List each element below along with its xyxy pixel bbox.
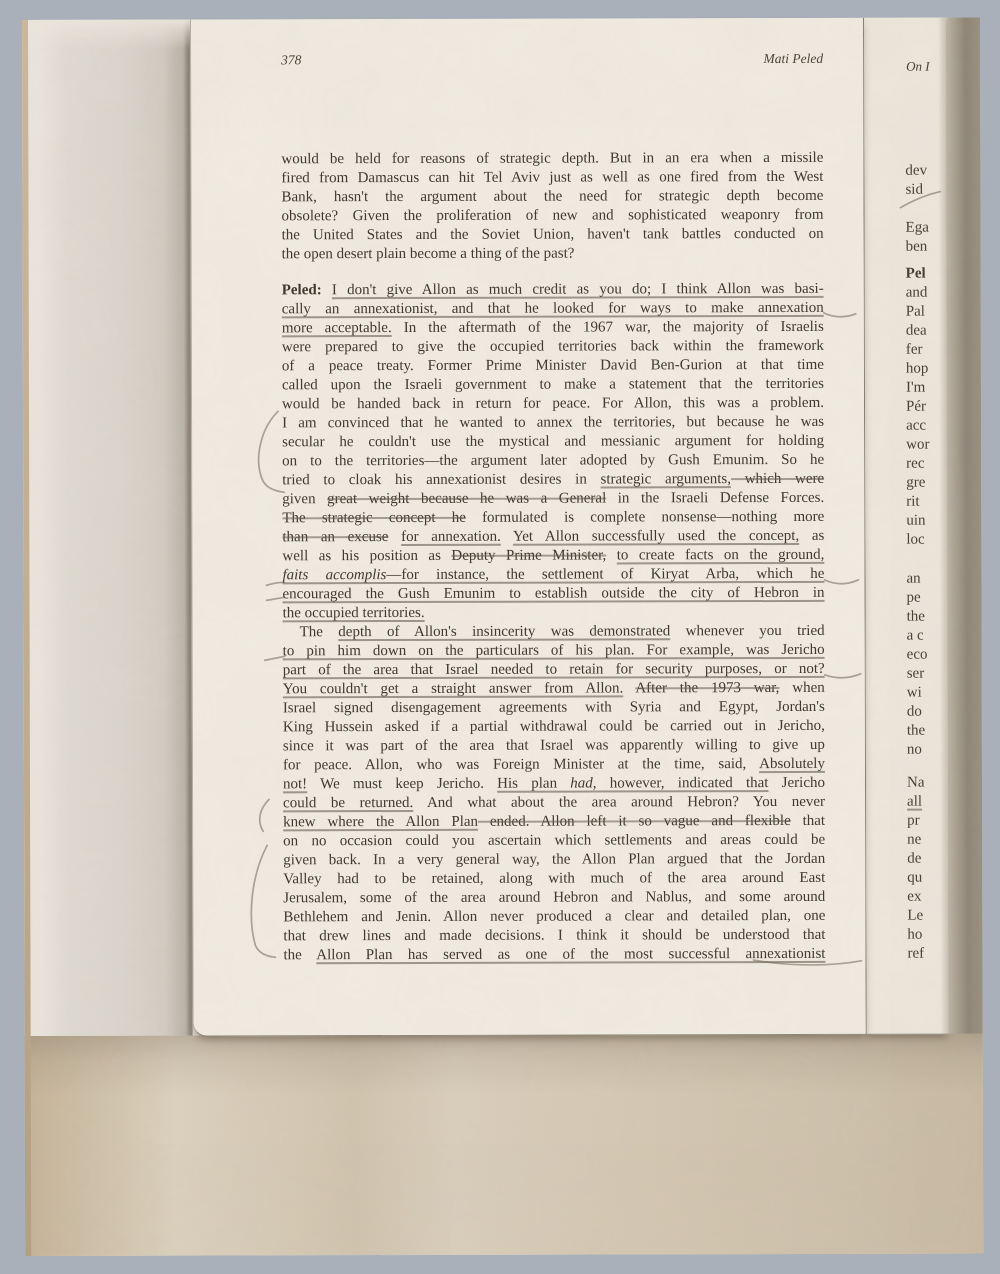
text-segment (501, 529, 513, 545)
text-line: would be held for reasons of strategic d… (281, 149, 823, 169)
facing-page-strip: On I devsidEgabenPelandPaldeaferhopI'mPé… (862, 18, 949, 1035)
text-segment: faits accomplis (282, 567, 386, 583)
text-segment: Jericho (768, 775, 825, 791)
text-segment: King Hussein asked if a partial withdraw… (283, 718, 825, 735)
text-segment: strategic arguments, (600, 471, 731, 487)
text-line: were prepared to give the occupied terri… (282, 337, 824, 357)
text-segment: on no occasion could you ascertain which… (283, 832, 825, 849)
text-segment: Deputy Prime Minister, (451, 547, 606, 563)
text-segment: His plan (497, 776, 570, 792)
text-line: King Hussein asked if a partial withdraw… (283, 717, 825, 737)
text-segment: knew where the Allon Plan (283, 814, 478, 831)
text-line: would be handed back in return for peace… (282, 394, 824, 414)
text-segment: for peace. Allon, who was Foreign Minist… (283, 756, 759, 773)
text-segment: which were (731, 471, 824, 487)
text-line: fired from Damascus can hit Tel Aviv jus… (281, 168, 823, 188)
text-segment (623, 680, 635, 696)
text-segment: for annexation. (401, 529, 501, 545)
text-segment: great weight because he was a General (327, 490, 606, 507)
text-line: given back. In a very general way, the A… (283, 850, 825, 870)
text-segment: not! (283, 776, 307, 792)
gutter-shadow (938, 17, 983, 1033)
text-line: more acceptable. In the aftermath of the… (282, 318, 824, 338)
text-segment: depth of Allon's insincerity was demonst… (338, 623, 670, 640)
text-segment: Valley had to be retained, along with mu… (283, 870, 825, 887)
interviewer-question: would be held for reasons of strategic d… (281, 149, 823, 264)
text-line: the United States and the Soviet Union, … (282, 225, 824, 245)
text-segment: than an excuse (282, 529, 388, 545)
page-body: would be held for reasons of strategic d… (281, 149, 825, 965)
text-segment: of a peace treaty. Former Prime Minister… (282, 357, 824, 374)
text-segment: called upon the Israeli government to ma… (282, 376, 824, 393)
text-line: well as his position as Deputy Prime Min… (282, 546, 824, 566)
text-line: secular he couldn't use the mystical and… (282, 432, 824, 452)
text-segment: obsolete? Given the proliferation of new… (281, 207, 823, 224)
text-segment: fired from Damascus can hit Tel Aviv jus… (281, 169, 823, 186)
text-line: encouraged the Gush Emunim to establish … (282, 584, 824, 604)
text-segment: part of the area that Israel needed to r… (283, 661, 825, 678)
text-segment: Bethlehem and Jenin. Allon never produce… (283, 908, 825, 925)
text-line: I am convinced that he wanted to annex t… (282, 413, 824, 433)
text-segment: in the Israeli Defense Forces. (606, 490, 824, 507)
text-line: cally an annexationist, and that he look… (282, 299, 824, 319)
text-line: tried to cloak his annexationist desires… (282, 470, 824, 490)
scanner-margin-shadow (22, 20, 193, 1036)
text-segment: the United States and the Soviet Union, … (282, 226, 824, 243)
text-segment (388, 529, 401, 545)
text-segment: The strategic concept he (282, 510, 466, 526)
text-segment: the occupied territories. (283, 605, 425, 621)
text-segment: that (791, 813, 825, 829)
text-line: not! We must keep Jericho. His plan had,… (283, 774, 825, 794)
text-line: The strategic concept he formulated is c… (282, 508, 824, 528)
text-segment: since it was part of the area that Israe… (283, 737, 825, 754)
text-segment: given back. In a very general way, the A… (283, 851, 825, 868)
text-segment: tried to cloak his annexationist desires… (282, 471, 600, 488)
text-segment: formulated is complete nonsense—nothing … (466, 509, 824, 526)
text-line: You couldn't get a straight answer from … (283, 679, 825, 699)
text-segment: You couldn't get a straight answer from … (283, 680, 624, 697)
text-segment: After the 1973 war, (635, 680, 779, 696)
text-segment: well as his position as (282, 548, 451, 564)
text-segment: to pin him down on the particulars of hi… (283, 642, 825, 659)
text-segment: Jerusalem, some of the area around Hebro… (283, 889, 825, 906)
page-header: 378 Mati Peled (281, 51, 823, 68)
text-line: Israel signed disengagement agreements w… (283, 698, 825, 718)
text-segment: could be returned. (283, 795, 413, 811)
text-line: part of the area that Israel needed to r… (283, 660, 825, 680)
text-line: obsolete? Given the proliferation of new… (281, 206, 823, 226)
text-line: on no occasion could you ascertain which… (283, 831, 825, 851)
text-line: Jerusalem, some of the area around Hebro… (283, 888, 825, 908)
text-segment: encouraged the Gush Emunim to establish … (282, 585, 824, 602)
text-line: of a peace treaty. Former Prime Minister… (282, 356, 824, 376)
photocopy-blank-area (25, 1033, 984, 1256)
text-segment: In the aftermath of the 1967 war, the ma… (392, 319, 824, 336)
text-line: for peace. Allon, who was Foreign Minist… (283, 755, 825, 775)
text-line: knew where the Allon Plan ended. Allon l… (283, 812, 825, 832)
speaker-label: Peled: (282, 282, 322, 298)
text-line: could be returned. And what about the ar… (283, 793, 825, 813)
book-page: 378 Mati Peled would be held for reasons… (190, 18, 867, 1037)
text-line: since it was part of the area that Israe… (283, 736, 825, 756)
peled-answer-continued: The depth of Allon's insincerity was dem… (283, 622, 826, 965)
text-segment: would be handed back in return for peace… (282, 395, 824, 412)
text-line: Valley had to be retained, along with mu… (283, 869, 825, 889)
text-segment: Absolutely (759, 756, 825, 772)
text-line: the Allon Plan has served as one of the … (283, 945, 825, 965)
text-segment: whenever you tried (670, 623, 824, 639)
text-segment: given (282, 491, 327, 507)
peled-answer: Peled: I don't give Allon as much credit… (282, 280, 825, 623)
text-segment: cally an annexationist, and that he look… (282, 300, 824, 317)
text-segment: Allon Plan has served as one of the most… (316, 946, 825, 963)
text-line: Peled: I don't give Allon as much credit… (282, 280, 824, 300)
text-line: that drew lines and made decisions. I th… (283, 926, 825, 946)
text-segment: more acceptable. (282, 320, 392, 336)
text-segment: The (300, 624, 339, 640)
text-segment: to create facts on the ground, (617, 547, 825, 564)
text-line: given great weight because he was a Gene… (282, 489, 824, 509)
text-segment: were prepared to give the occupied terri… (282, 338, 824, 355)
text-line: The depth of Allon's insincerity was dem… (283, 622, 825, 642)
photocopy-sheet: On I devsidEgabenPelandPaldeaferhopI'mPé… (22, 17, 983, 1256)
text-segment: when (779, 680, 824, 696)
text-line: the open desert plain become a thing of … (282, 244, 824, 264)
text-segment: I am convinced that he wanted to annex t… (282, 414, 824, 431)
text-segment: that drew lines and made decisions. I th… (283, 927, 825, 944)
text-segment: as (799, 528, 824, 544)
text-line: Bethlehem and Jenin. Allon never produce… (283, 907, 825, 927)
text-segment (606, 547, 617, 563)
text-segment: on to the territories—the argument later… (282, 452, 824, 469)
text-line: faits accomplis—for instance, the settle… (282, 565, 824, 585)
text-segment: —for instance, the settlement of Kiryat … (386, 566, 824, 583)
text-segment: Bank, hasn't the argument about the need… (281, 188, 823, 205)
page-number: 378 (281, 52, 301, 68)
text-segment: the open desert plain become a thing of … (282, 246, 575, 263)
text-segment (322, 282, 332, 298)
text-line: to pin him down on the particulars of hi… (283, 641, 825, 661)
text-line: called upon the Israeli government to ma… (282, 375, 824, 395)
text-segment: secular he couldn't use the mystical and… (282, 433, 824, 450)
text-segment: the (283, 947, 316, 963)
text-line: the occupied territories. (283, 603, 825, 623)
text-segment: , however, indicated that (593, 775, 769, 791)
text-segment: ended. Allon left it so vague and flexib… (478, 813, 791, 830)
text-line: on to the territories—the argument later… (282, 451, 824, 471)
scan-background: { "document": { "folio": "378", "running… (0, 0, 1000, 1274)
text-segment: I don't give Allon as much credit as you… (332, 281, 824, 298)
text-segment: Yet Allon successfully used the concept, (513, 528, 799, 545)
text-line: Bank, hasn't the argument about the need… (281, 187, 823, 207)
text-segment: And what about the area around Hebron? Y… (413, 794, 825, 811)
text-line: than an excuse for annexation. Yet Allon… (282, 527, 824, 547)
running-header: Mati Peled (763, 51, 823, 67)
text-segment: We must keep Jericho. (307, 776, 497, 792)
facing-running-header: On I (906, 59, 930, 75)
text-segment: Israel signed disengagement agreements w… (283, 699, 825, 716)
text-segment: had (570, 776, 593, 792)
text-segment: would be held for reasons of strategic d… (281, 150, 823, 167)
